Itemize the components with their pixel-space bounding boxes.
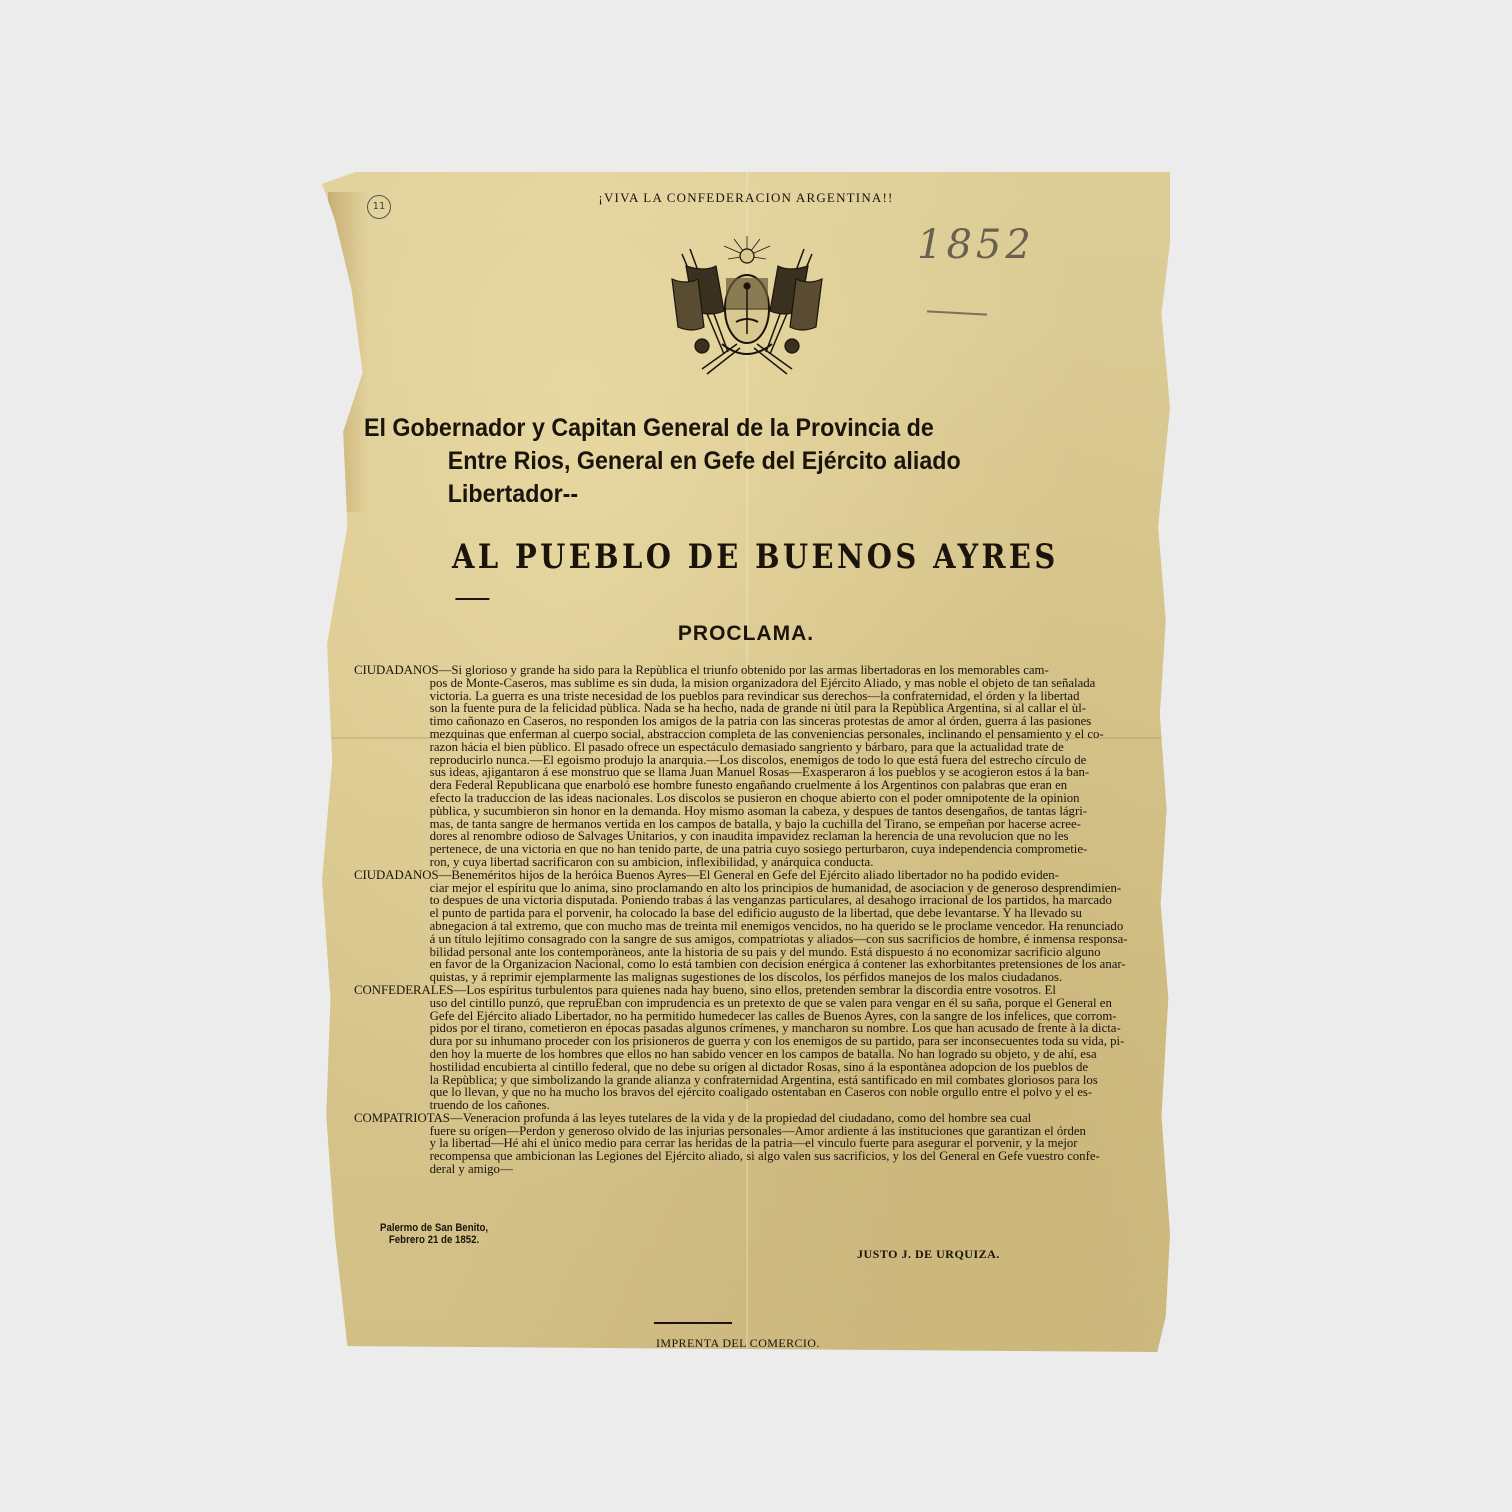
proclamation-paragraph: CONFEDERALES—Los espíritus turbulentos p… xyxy=(354,984,1144,1112)
handwritten-year: 1852 xyxy=(917,222,1035,268)
proclamation-body: CIUDADANOS—Si glorioso y grande ha sido … xyxy=(354,664,1144,1176)
printer-rule xyxy=(654,1322,732,1324)
issuer-title-line: Entre Rios, General en Gefe del Ejército… xyxy=(364,445,1071,478)
document-content: 11 ¡VIVA LA CONFEDERACION ARGENTINA!! 18… xyxy=(322,172,1170,1352)
issuer-title-line: Libertador-- xyxy=(364,478,1071,511)
argentine-coat-of-arms-icon xyxy=(662,234,832,384)
issuer-title: El Gobernador y Capitan General de la Pr… xyxy=(364,412,1071,511)
date-line: Febrero 21 de 1852. xyxy=(380,1234,488,1246)
pencil-underline xyxy=(927,310,987,315)
proclamation-paragraph: CIUDADANOS—Si glorioso y grande ha sido … xyxy=(354,664,1144,869)
place-and-date: Palermo de San Benito, Febrero 21 de 185… xyxy=(380,1222,488,1246)
issuer-title-line: El Gobernador y Capitan General de la Pr… xyxy=(364,414,934,442)
header-motto: ¡VIVA LA CONFEDERACION ARGENTINA!! xyxy=(322,190,1170,206)
proclamation-sheet: 11 ¡VIVA LA CONFEDERACION ARGENTINA!! 18… xyxy=(322,172,1170,1352)
proclamation-paragraph: CIUDADANOS—Beneméritos hijos de la herói… xyxy=(354,869,1144,984)
text-line: deral y amigo— xyxy=(354,1163,1184,1176)
addressee-heading: AL PUEBLO DE BUENOS AYRES xyxy=(452,537,1062,617)
place-line: Palermo de San Benito, xyxy=(380,1222,488,1234)
proclamation-heading: PROCLAMA. xyxy=(322,622,1170,646)
proclamation-paragraph: COMPATRIOTAS—Veneracion profunda á las l… xyxy=(354,1112,1144,1176)
signature: JUSTO J. DE URQUIZA. xyxy=(857,1247,1000,1262)
printer-imprint: IMPRENTA DEL COMERCIO. xyxy=(656,1336,820,1351)
